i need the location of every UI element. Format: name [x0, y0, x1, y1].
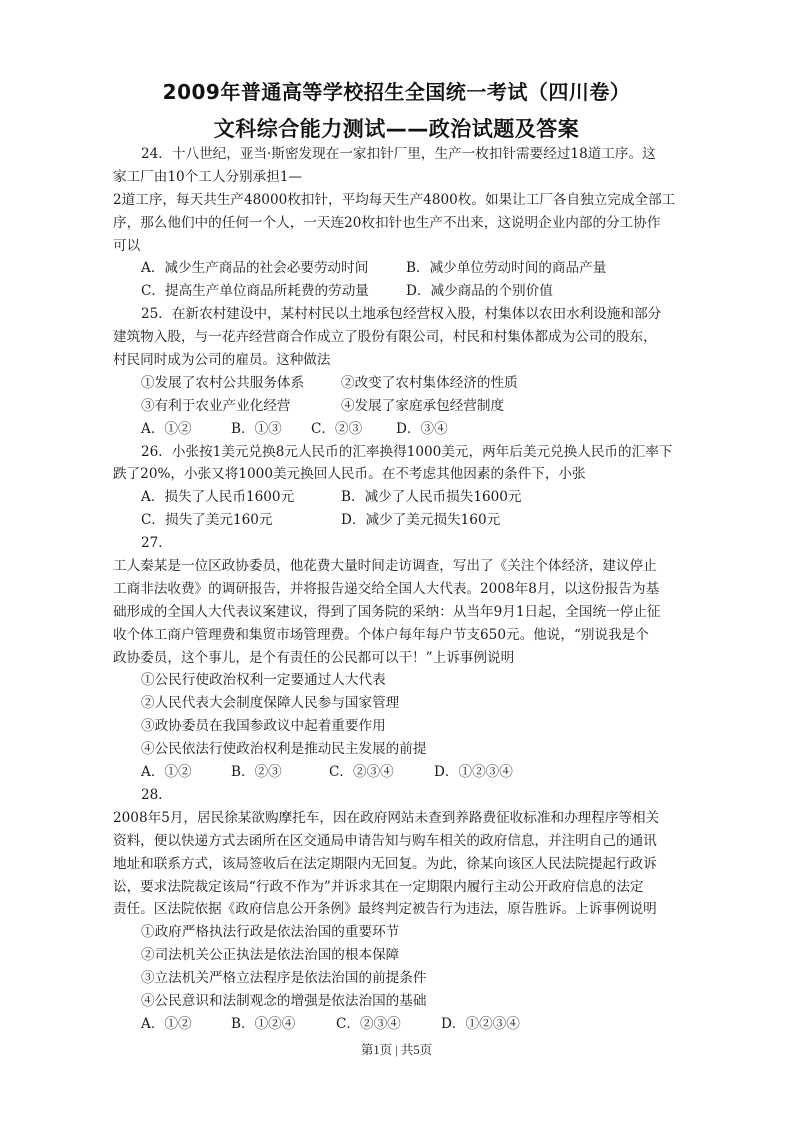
option-c: C．损失了美元160元 [141, 509, 341, 532]
statement-4: ④发展了家庭承包经营制度 [341, 395, 504, 418]
option-d: D．减少了美元损失160元 [341, 509, 500, 532]
statement-3: ③立法机关严格立法程序是依法治国的前提条件 [113, 967, 685, 990]
question-25: 25．在新农村建设中，某村村民以土地承包经营权入股，村集体以农田水利设施和部分 … [113, 303, 685, 440]
statement-2: ②司法机关公正执法是依法治国的根本保障 [113, 944, 685, 967]
option-b: B．①③ [231, 418, 311, 441]
option-b: B．①②④ [231, 1013, 336, 1036]
option-c: C．②③④ [329, 761, 434, 784]
question-stem-line: 资料，便以快递方式去函所在区交通局申请告知与购车相关的政府信息，并注明自己的通讯 [113, 830, 685, 853]
question-stem-line: 26．小张按1美元兑换8元人民币的汇率换得1000美元，两年后美元兑换人民币的汇… [113, 441, 685, 464]
question-stem-line: 可以 [113, 235, 685, 258]
document-page: 2009年普通高等学校招生全国统一考试（四川卷） 文科综合能力测试——政治试题及… [0, 0, 793, 1122]
option-d: D．①②③④ [434, 761, 513, 784]
option-b: B．减少了人民币损失1600元 [341, 486, 522, 509]
option-row: A．损失了人民币1600元 B．减少了人民币损失1600元 [113, 486, 685, 509]
document-title: 2009年普通高等学校招生全国统一考试（四川卷） [0, 76, 793, 105]
question-stem-line: 跌了20%，小张又将1000美元换回人民币。在不考虑其他因素的条件下，小张 [113, 463, 685, 486]
statement-1: ①政府严格执法行政是依法治国的重要环节 [113, 921, 685, 944]
statement-4: ④公民意识和法制观念的增强是依法治国的基础 [113, 990, 685, 1013]
statement-1: ①发展了农村公共服务体系 [141, 372, 341, 395]
question-stem-line: 25．在新农村建设中，某村村民以土地承包经营权入股，村集体以农田水利设施和部分 [113, 303, 685, 326]
question-number: 27． [113, 532, 685, 555]
question-stem-line: 础形成的全国人大代表议案建议，得到了国务院的采纳：从当年9月1日起，全国统一停止… [113, 601, 685, 624]
statement-1: ①公民行使政治权利一定要通过人大代表 [113, 669, 685, 692]
question-26: 26．小张按1美元兑换8元人民币的汇率换得1000美元，两年后美元兑换人民币的汇… [113, 441, 685, 533]
question-stem-line: 工人秦某是一位区政协委员，他花费大量时间走访调查，写出了《关注个体经济，建议停止 [113, 555, 685, 578]
statement-3: ③有利于农业产业化经营 [141, 395, 341, 418]
question-24: 24．十八世纪，亚当·斯密发现在一家扣针厂里，生产一枚扣针需要经过18道工序。这… [113, 143, 685, 303]
option-row: A．①② B．①③ C．②③ D．③④ [113, 418, 685, 441]
question-stem-line: 24．十八世纪，亚当·斯密发现在一家扣针厂里，生产一枚扣针需要经过18道工序。这 [113, 143, 685, 166]
option-c: C．②③④ [336, 1013, 441, 1036]
option-b: B．②③ [231, 761, 329, 784]
question-number: 28． [113, 784, 685, 807]
question-stem-line: 建筑物入股，与一花卉经营商合作成立了股份有限公司，村民和村集体都成为公司的股东， [113, 326, 685, 349]
question-stem-line: 2008年5月，居民徐某欲购摩托车，因在政府网站未查到养路费征收标准和办理程序等… [113, 807, 685, 830]
option-d: D．①②③④ [441, 1013, 520, 1036]
statement-row: ③有利于农业产业化经营 ④发展了家庭承包经营制度 [113, 395, 685, 418]
question-28: 28． 2008年5月，居民徐某欲购摩托车，因在政府网站未查到养路费征收标准和办… [113, 784, 685, 1036]
option-a: A．①② [141, 1013, 231, 1036]
question-stem-line: 讼，要求法院裁定该局“行政不作为”并诉求其在一定期限内履行主动公开政府信息的法定 [113, 876, 685, 899]
option-a: A．损失了人民币1600元 [141, 486, 341, 509]
statement-2: ②改变了农村集体经济的性质 [341, 372, 518, 395]
question-stem-line: 地址和联系方式，该局签收后在法定期限内无回复。为此，徐某向该区人民法院提起行政诉 [113, 853, 685, 876]
question-stem-line: 政协委员，这个事儿，是个有责任的公民都可以干！”上诉事例说明 [113, 647, 685, 670]
option-row: C．损失了美元160元 D．减少了美元损失160元 [113, 509, 685, 532]
option-d: D．③④ [396, 418, 448, 441]
option-d: D．减少商品的个别价值 [406, 280, 553, 303]
question-stem-line: 收个体工商户管理费和集贸市场管理费。个体户每年每户节支650元。他说，“别说我是… [113, 624, 685, 647]
question-stem-line: 家工厂由10个工人分别承担1— [113, 166, 685, 189]
question-27: 27． 工人秦某是一位区政协委员，他花费大量时间走访调查，写出了《关注个体经济，… [113, 532, 685, 784]
option-a: A．①② [141, 761, 231, 784]
option-b: B．减少单位劳动时间的商品产量 [406, 257, 606, 280]
question-stem-line: 村民同时成为公司的雇员。这种做法 [113, 349, 685, 372]
option-a: A．减少生产商品的社会必要劳动时间 [141, 257, 406, 280]
option-row: A．减少生产商品的社会必要劳动时间 B．减少单位劳动时间的商品产量 [113, 257, 685, 280]
question-stem-line: 工商非法收费》的调研报告，并将报告递交给全国人大代表。2008年8月，以这份报告… [113, 578, 685, 601]
statement-3: ③政协委员在我国参政议中起着重要作用 [113, 715, 685, 738]
statement-4: ④公民依法行使政治权利是推动民主发展的前提 [113, 738, 685, 761]
document-body: 24．十八世纪，亚当·斯密发现在一家扣针厂里，生产一枚扣针需要经过18道工序。这… [113, 143, 685, 1036]
option-a: A．①② [141, 418, 231, 441]
question-stem-line: 序，那么他们中的任何一个人，一天连20枚扣针也生产不出来，这说明企业内部的分工协… [113, 212, 685, 235]
option-c: C．提高生产单位商品所耗费的劳动量 [141, 280, 406, 303]
question-stem-line: 2道工序，每天共生产48000枚扣针，平均每天生产4800枚。如果让工厂各自独立… [113, 189, 685, 212]
option-row: A．①② B．②③ C．②③④ D．①②③④ [113, 761, 685, 784]
question-stem-line: 责任。区法院依据《政府信息公开条例》最终判定被告行为违法，原告胜诉。上诉事例说明 [113, 898, 685, 921]
document-subtitle: 文科综合能力测试——政治试题及答案 [0, 113, 793, 143]
option-c: C．②③ [311, 418, 396, 441]
option-row: A．①② B．①②④ C．②③④ D．①②③④ [113, 1013, 685, 1036]
page-footer: 第1页 | 共5页 [0, 1040, 793, 1058]
option-row: C．提高生产单位商品所耗费的劳动量 D．减少商品的个别价值 [113, 280, 685, 303]
statement-row: ①发展了农村公共服务体系 ②改变了农村集体经济的性质 [113, 372, 685, 395]
statement-2: ②人民代表大会制度保障人民参与国家管理 [113, 692, 685, 715]
